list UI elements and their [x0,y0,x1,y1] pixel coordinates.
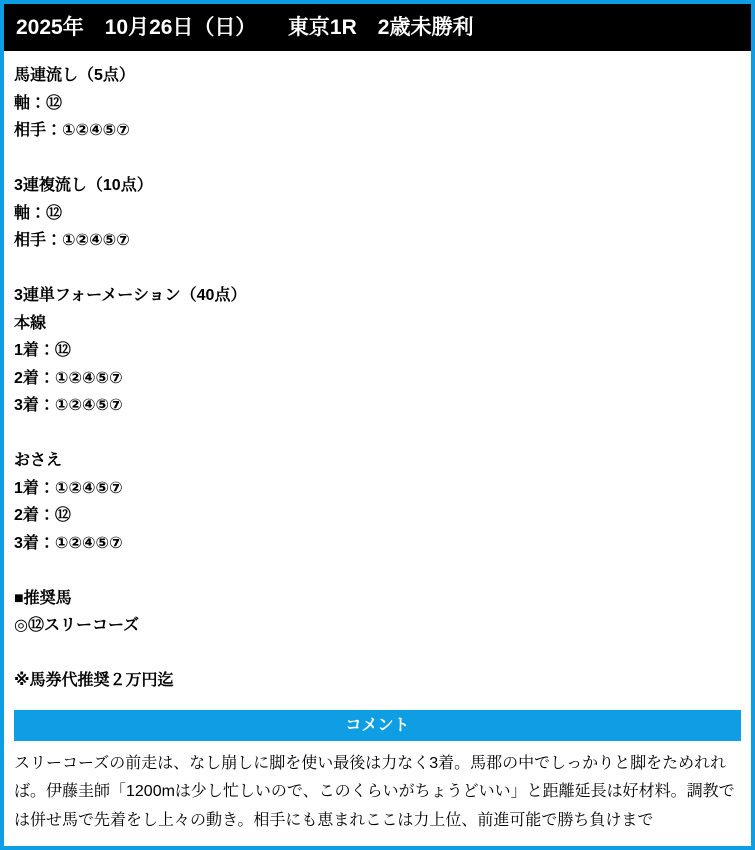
race-header-bar: 2025年 10月26日（日） 東京1R 2歳未勝利 [4,4,751,51]
sanrenpuku-title: 3連複流し（10点） [14,172,741,200]
sanrentan-main-third: 3着：①②④⑤⑦ [14,392,741,420]
umaren-partners: 相手：①②④⑤⑦ [14,117,741,145]
comment-text: スリーコーズの前走は、なし崩しに脚を使い最後は力なく3着。馬郡の中でしっかりと脚… [4,741,751,836]
recommended-horse: ◎⑫スリーコーズ [14,612,741,640]
bet-section-umaren: 馬連流し（5点） 軸：⑫ 相手：①②④⑤⑦ [14,62,741,145]
comment-bar-label: コメント [345,717,409,734]
sanrentan-backup-third: 3着：①②④⑤⑦ [14,530,741,558]
tip-sheet-page: { "race_header": { "title": "2025年 10月26… [0,0,755,850]
sanrentan-main-label: 本線 [14,310,741,338]
sanrentan-backup-first: 1着：①②④⑤⑦ [14,475,741,503]
umaren-axis: 軸：⑫ [14,90,741,118]
sanrentan-backup-second: 2着：⑫ [14,502,741,530]
sanrentan-main-second: 2着：①②④⑤⑦ [14,365,741,393]
sanrentan-backup-label: おさえ [14,447,741,475]
recommendation-section: ■推奨馬 ◎⑫スリーコーズ [14,585,741,640]
bet-section-sanrenpuku: 3連複流し（10点） 軸：⑫ 相手：①②④⑤⑦ [14,172,741,255]
recommendation-heading: ■推奨馬 [14,585,741,613]
budget-note: ※馬券代推奨２万円迄 [14,667,741,695]
sanrenpuku-partners: 相手：①②④⑤⑦ [14,227,741,255]
sanrentan-main-first: 1着：⑫ [14,337,741,365]
bet-section-sanrentan-main: 3連単フォーメーション（40点） 本線 1着：⑫ 2着：①②④⑤⑦ 3着：①②④… [14,282,741,420]
umaren-title: 馬連流し（5点） [14,62,741,90]
bet-content: 馬連流し（5点） 軸：⑫ 相手：①②④⑤⑦ 3連複流し（10点） 軸：⑫ 相手：… [4,51,751,695]
sanrenpuku-axis: 軸：⑫ [14,200,741,228]
race-title: 2025年 10月26日（日） 東京1R 2歳未勝利 [16,16,473,39]
comment-section-header: コメント [14,710,741,741]
sanrentan-title: 3連単フォーメーション（40点） [14,282,741,310]
bet-section-sanrentan-backup: おさえ 1着：①②④⑤⑦ 2着：⑫ 3着：①②④⑤⑦ [14,447,741,557]
